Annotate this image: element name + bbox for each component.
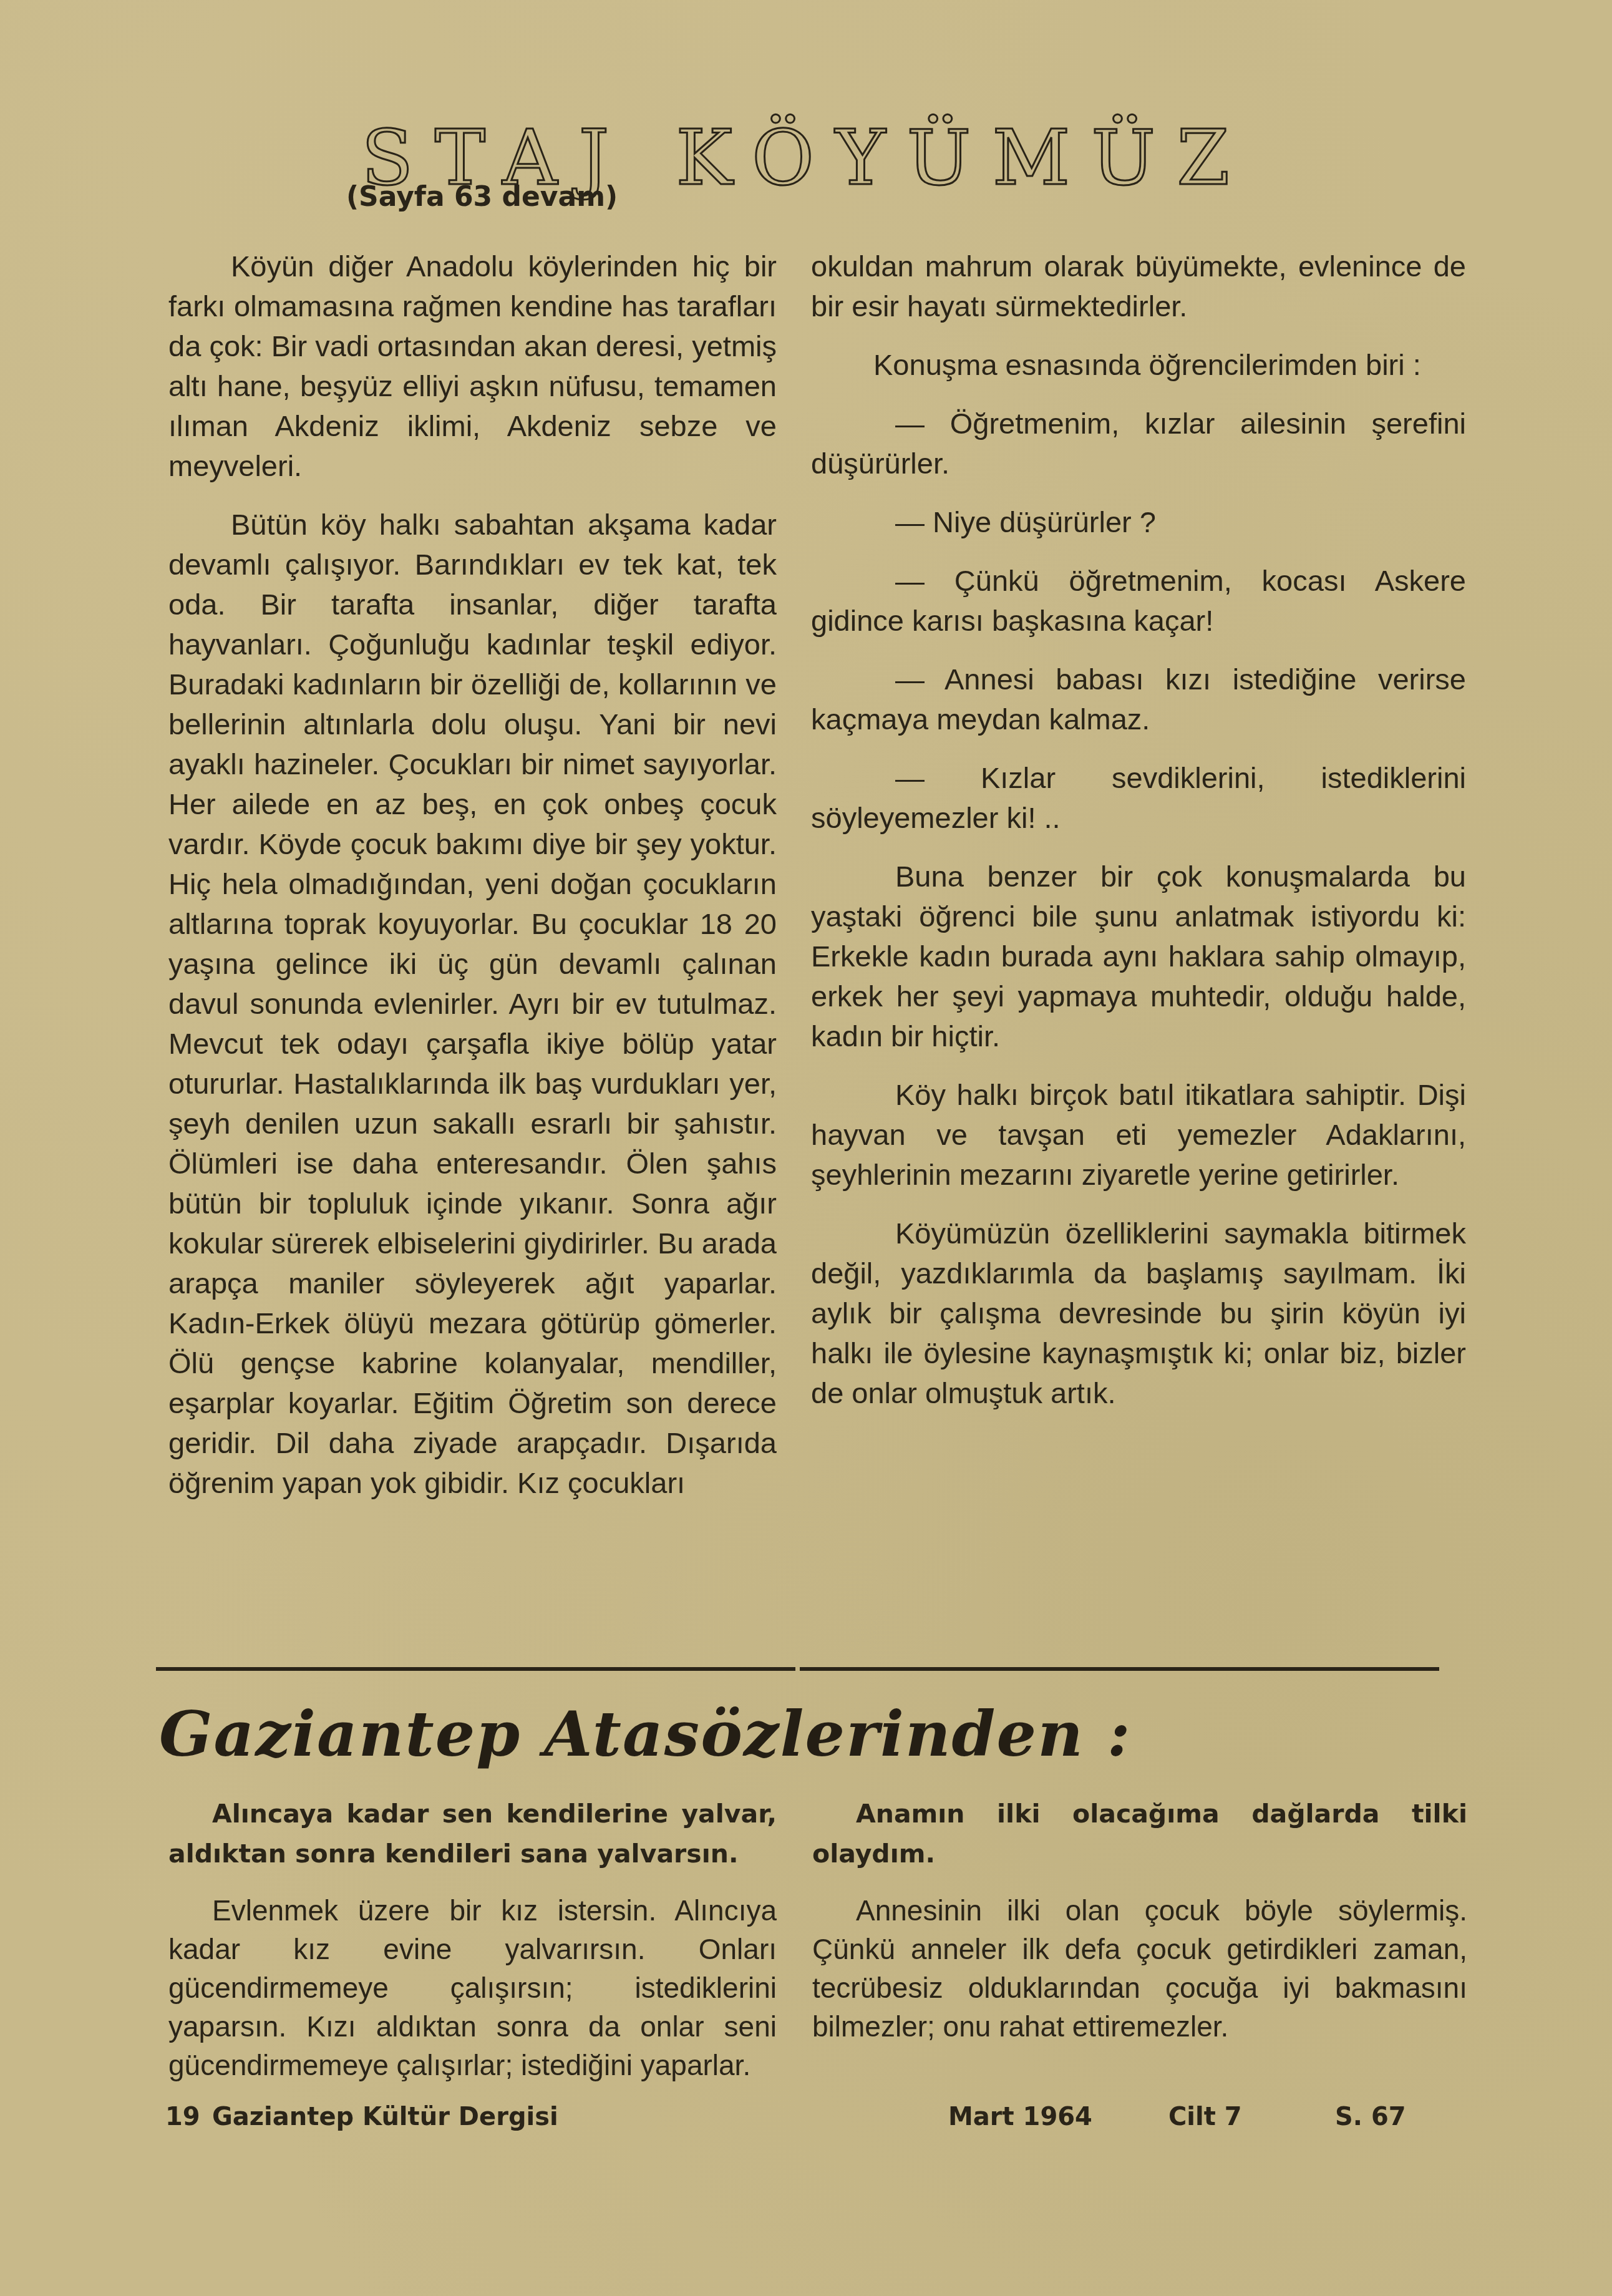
dialog-line: — Çünkü öğretmenim, kocası Askere gidinc… [811, 561, 1466, 641]
dialog-line: — Kızlar sevdiklerini, istediklerini söy… [811, 758, 1466, 838]
proverb-block: Alıncaya kadar sen kendilerine yalvar, a… [168, 1794, 777, 2102]
article-paragraph: Köy halkı birçok batıl itikatlara sahipt… [811, 1075, 1466, 1195]
continued-from-note: (Sayfa 63 devam) [346, 181, 618, 213]
footer-page-number: 19 [165, 2103, 200, 2131]
article-paragraph: Buna benzer bir çok konuşmalarda bu yaşt… [811, 857, 1466, 1056]
proverbs-heading: Gaziantep Atasözlerinden : [159, 1697, 1132, 1771]
section-divider-right [800, 1667, 1439, 1671]
footer-issue: S. 67 [1335, 2103, 1406, 2131]
article-paragraph: Köyümüzün özelliklerini saymakla bitirme… [811, 1214, 1466, 1413]
article-paragraph: okuldan mahrum olarak büyümekte, evlenin… [811, 246, 1466, 326]
proverb-text: Anamın ilki olacağıma dağlarda tilki ola… [812, 1794, 1467, 1874]
proverb-block: Anamın ilki olacağıma dağlarda tilki ola… [812, 1794, 1467, 2063]
article-paragraph: Konuşma esnasında öğrencilerimden biri : [811, 345, 1466, 385]
article-paragraph: Köyün diğer Anadolu köylerinden hiç bir … [168, 246, 777, 486]
footer-volume: Cilt 7 [1168, 2103, 1242, 2131]
dialog-line: — Annesi babası kızı istediğine verirse … [811, 659, 1466, 739]
footer-date: Mart 1964 [948, 2103, 1092, 2131]
page-title: STAJ KÖYÜMÜZ [0, 114, 1612, 202]
proverb-explanation: Annesinin ilki olan çocuk böyle söylermi… [812, 1891, 1467, 2046]
dialog-line: — Öğretmenim, kızlar ailesinin şerefini … [811, 404, 1466, 484]
article-paragraph: Bütün köy halkı sabahtan akşama kadar de… [168, 505, 777, 1503]
section-divider-left [156, 1667, 795, 1671]
article-left-column: Köyün diğer Anadolu köylerinden hiç bir … [168, 246, 777, 1522]
dialog-line: — Niye düşürürler ? [811, 502, 1466, 542]
article-right-column: okuldan mahrum olarak büyümekte, evlenin… [811, 246, 1466, 1432]
proverb-explanation: Evlenmek üzere bir kız istersin. Alıncıy… [168, 1891, 777, 2084]
footer-magazine-name: Gaziantep Kültür Dergisi [212, 2103, 558, 2131]
proverb-text: Alıncaya kadar sen kendilerine yalvar, a… [168, 1794, 777, 1874]
